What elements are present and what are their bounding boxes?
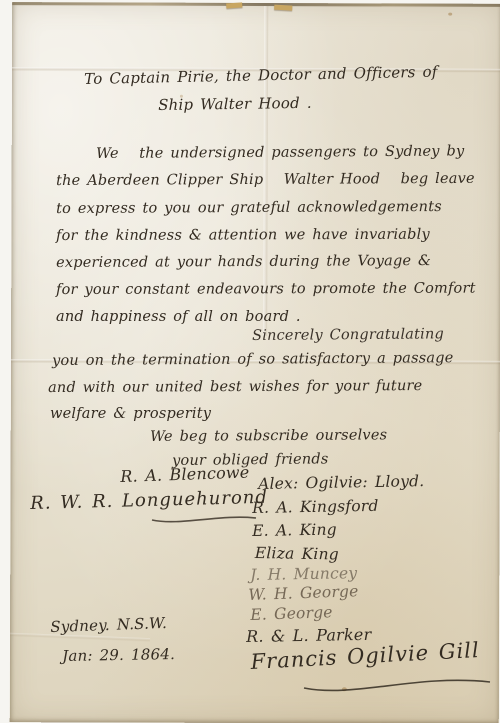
scanned-letter: To Captain Pirie, the Doctor and Officer… bbox=[0, 0, 500, 723]
signature: R. & L. Parker bbox=[246, 625, 372, 646]
body-line: experienced at your hands during the Voy… bbox=[56, 253, 431, 271]
signature-flourish bbox=[300, 672, 495, 698]
date-line: Jan: 29. 1864. bbox=[62, 645, 175, 665]
signature: W. H. George bbox=[248, 582, 359, 604]
letter-content: To Captain Pirie, the Doctor and Officer… bbox=[0, 0, 500, 723]
signature: Eliza King bbox=[255, 544, 339, 563]
salutation-line-1: To Captain Pirie, the Doctor and Officer… bbox=[84, 63, 438, 88]
signature: Alex: Ogilvie: Lloyd. bbox=[258, 472, 424, 493]
body-line: to express to you our grateful acknowled… bbox=[56, 199, 442, 217]
signature: R. A. Blencowe bbox=[120, 462, 250, 485]
body-line: Sincerely Congratulating bbox=[252, 326, 444, 344]
place-line: Sydney. N.S.W. bbox=[50, 614, 167, 636]
body-line: the Aberdeen Clipper Ship Walter Hood be… bbox=[56, 171, 475, 189]
signature: R. W. R. Longuehurond bbox=[30, 487, 268, 514]
body-line: and happiness of all on board . bbox=[56, 309, 301, 325]
closing-line-1: We beg to subscribe ourselves bbox=[150, 427, 387, 445]
body-line: We the undersigned passengers to Sydney … bbox=[96, 143, 464, 162]
signature-flourish bbox=[150, 512, 260, 526]
signature: E. A. King bbox=[252, 521, 337, 540]
salutation-line-2: Ship Walter Hood . bbox=[158, 94, 312, 114]
body-line: for the kindness & attention we have inv… bbox=[56, 227, 430, 244]
signature: E. George bbox=[250, 603, 333, 624]
body-line: and with our united best wishes for your… bbox=[48, 378, 422, 396]
body-line: for your constant endeavours to promote … bbox=[56, 281, 476, 298]
signature: R. A. Kingsford bbox=[252, 497, 379, 517]
signature: J. H. Muncey bbox=[250, 564, 357, 584]
body-line: you on the termination of so satisfactor… bbox=[52, 350, 454, 369]
body-line: welfare & prosperity bbox=[50, 406, 211, 422]
